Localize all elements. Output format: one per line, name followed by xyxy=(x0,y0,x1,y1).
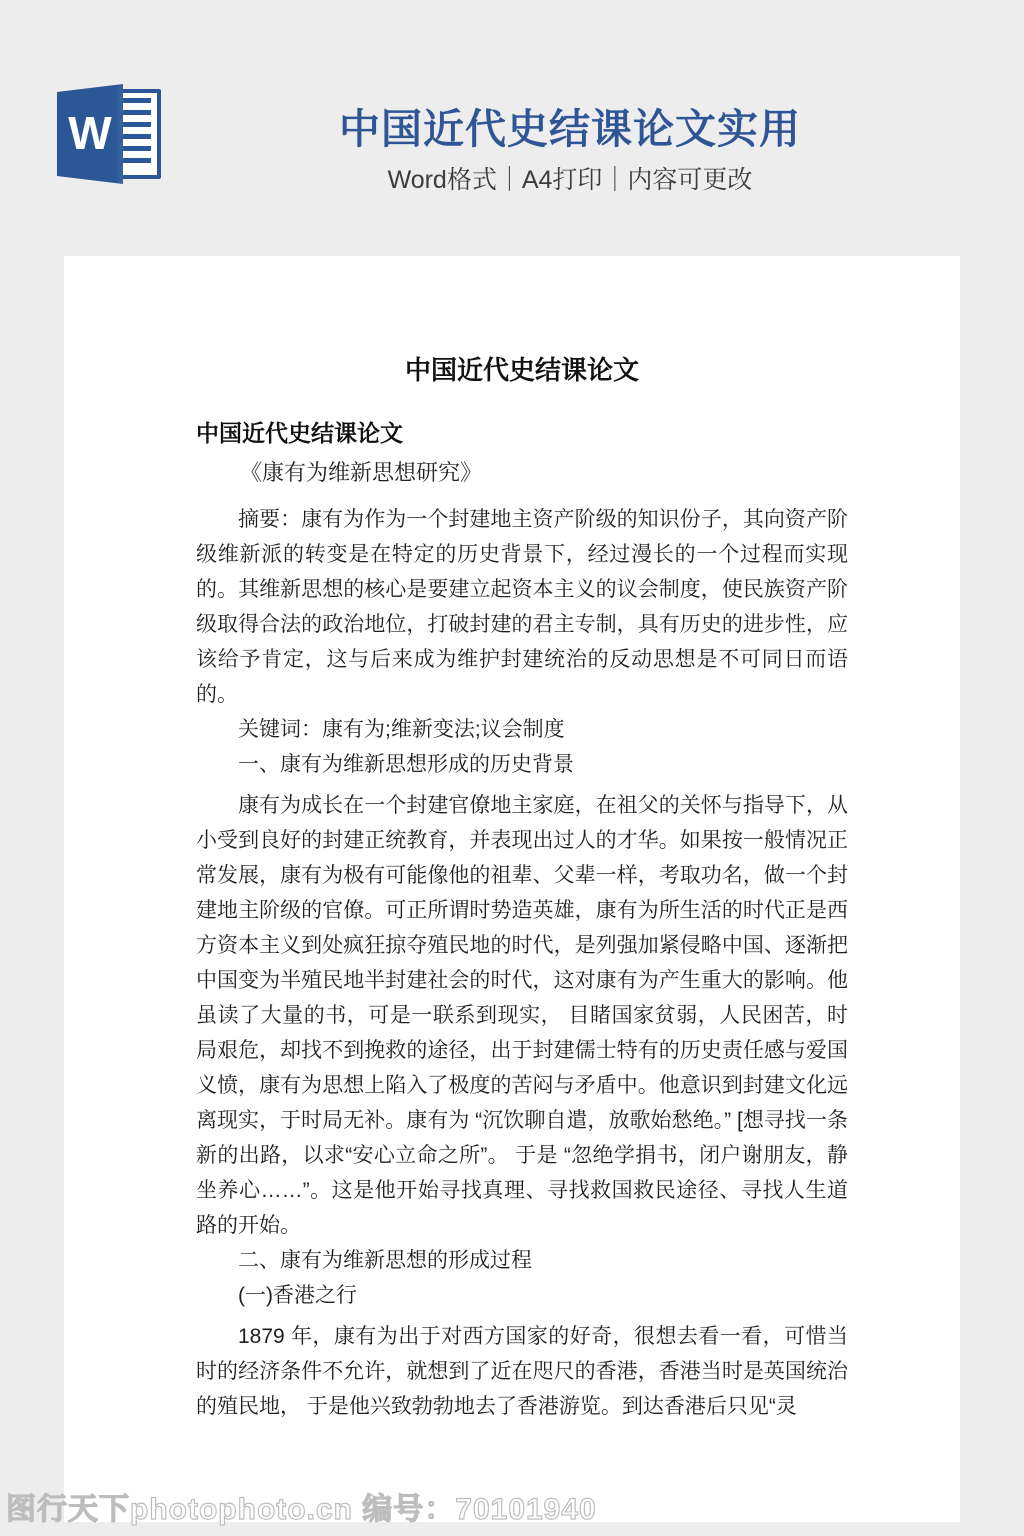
section-1-heading: 一、康有为维新思想形成的历史背景 xyxy=(196,747,848,782)
document-page: 中国近代史结课论文 中国近代史结课论文 《康有为维新思想研究》 摘要：康有为作为… xyxy=(64,256,960,1522)
section-2-paragraph: 1879 年，康有为出于对西方国家的好奇，很想去看一看，可惜当时的经济条件不允许… xyxy=(196,1319,848,1424)
listing-title: 中国近代史结课论文实用 xyxy=(280,96,860,155)
word-flap-icon: W xyxy=(57,84,123,184)
section-1-paragraph: 康有为成长在一个封建官僚地主家庭，在祖父的关怀与指导下，从小受到良好的封建正统教… xyxy=(196,788,848,1243)
abstract-paragraph: 摘要：康有为作为一个封建地主资产阶级的知识份子，其向资产阶级维新派的转变是在特定… xyxy=(196,502,848,712)
document-subheading: 《康有为维新思想研究》 xyxy=(196,456,848,490)
section-2-subheading: (一)香港之行 xyxy=(196,1278,848,1313)
word-w-letter: W xyxy=(68,110,111,156)
document-title: 中国近代史结课论文 xyxy=(196,352,848,388)
screenshot-root: W 中国近代史结课论文实用 Word格式｜A4打印｜内容可更改 中国近代史结课论… xyxy=(0,0,1024,1536)
site-watermark: 图行天下photophoto.cn 编号：70101940 xyxy=(6,1484,597,1528)
word-icon: W xyxy=(57,84,163,184)
keywords-line: 关键词：康有为;维新变法;议会制度 xyxy=(196,712,848,747)
listing-subtitle: Word格式｜A4打印｜内容可更改 xyxy=(280,160,860,196)
document-heading: 中国近代史结课论文 xyxy=(196,416,848,450)
header: W 中国近代史结课论文实用 Word格式｜A4打印｜内容可更改 xyxy=(0,0,1024,256)
section-2-heading: 二、康有为维新思想的形成过程 xyxy=(196,1243,848,1278)
